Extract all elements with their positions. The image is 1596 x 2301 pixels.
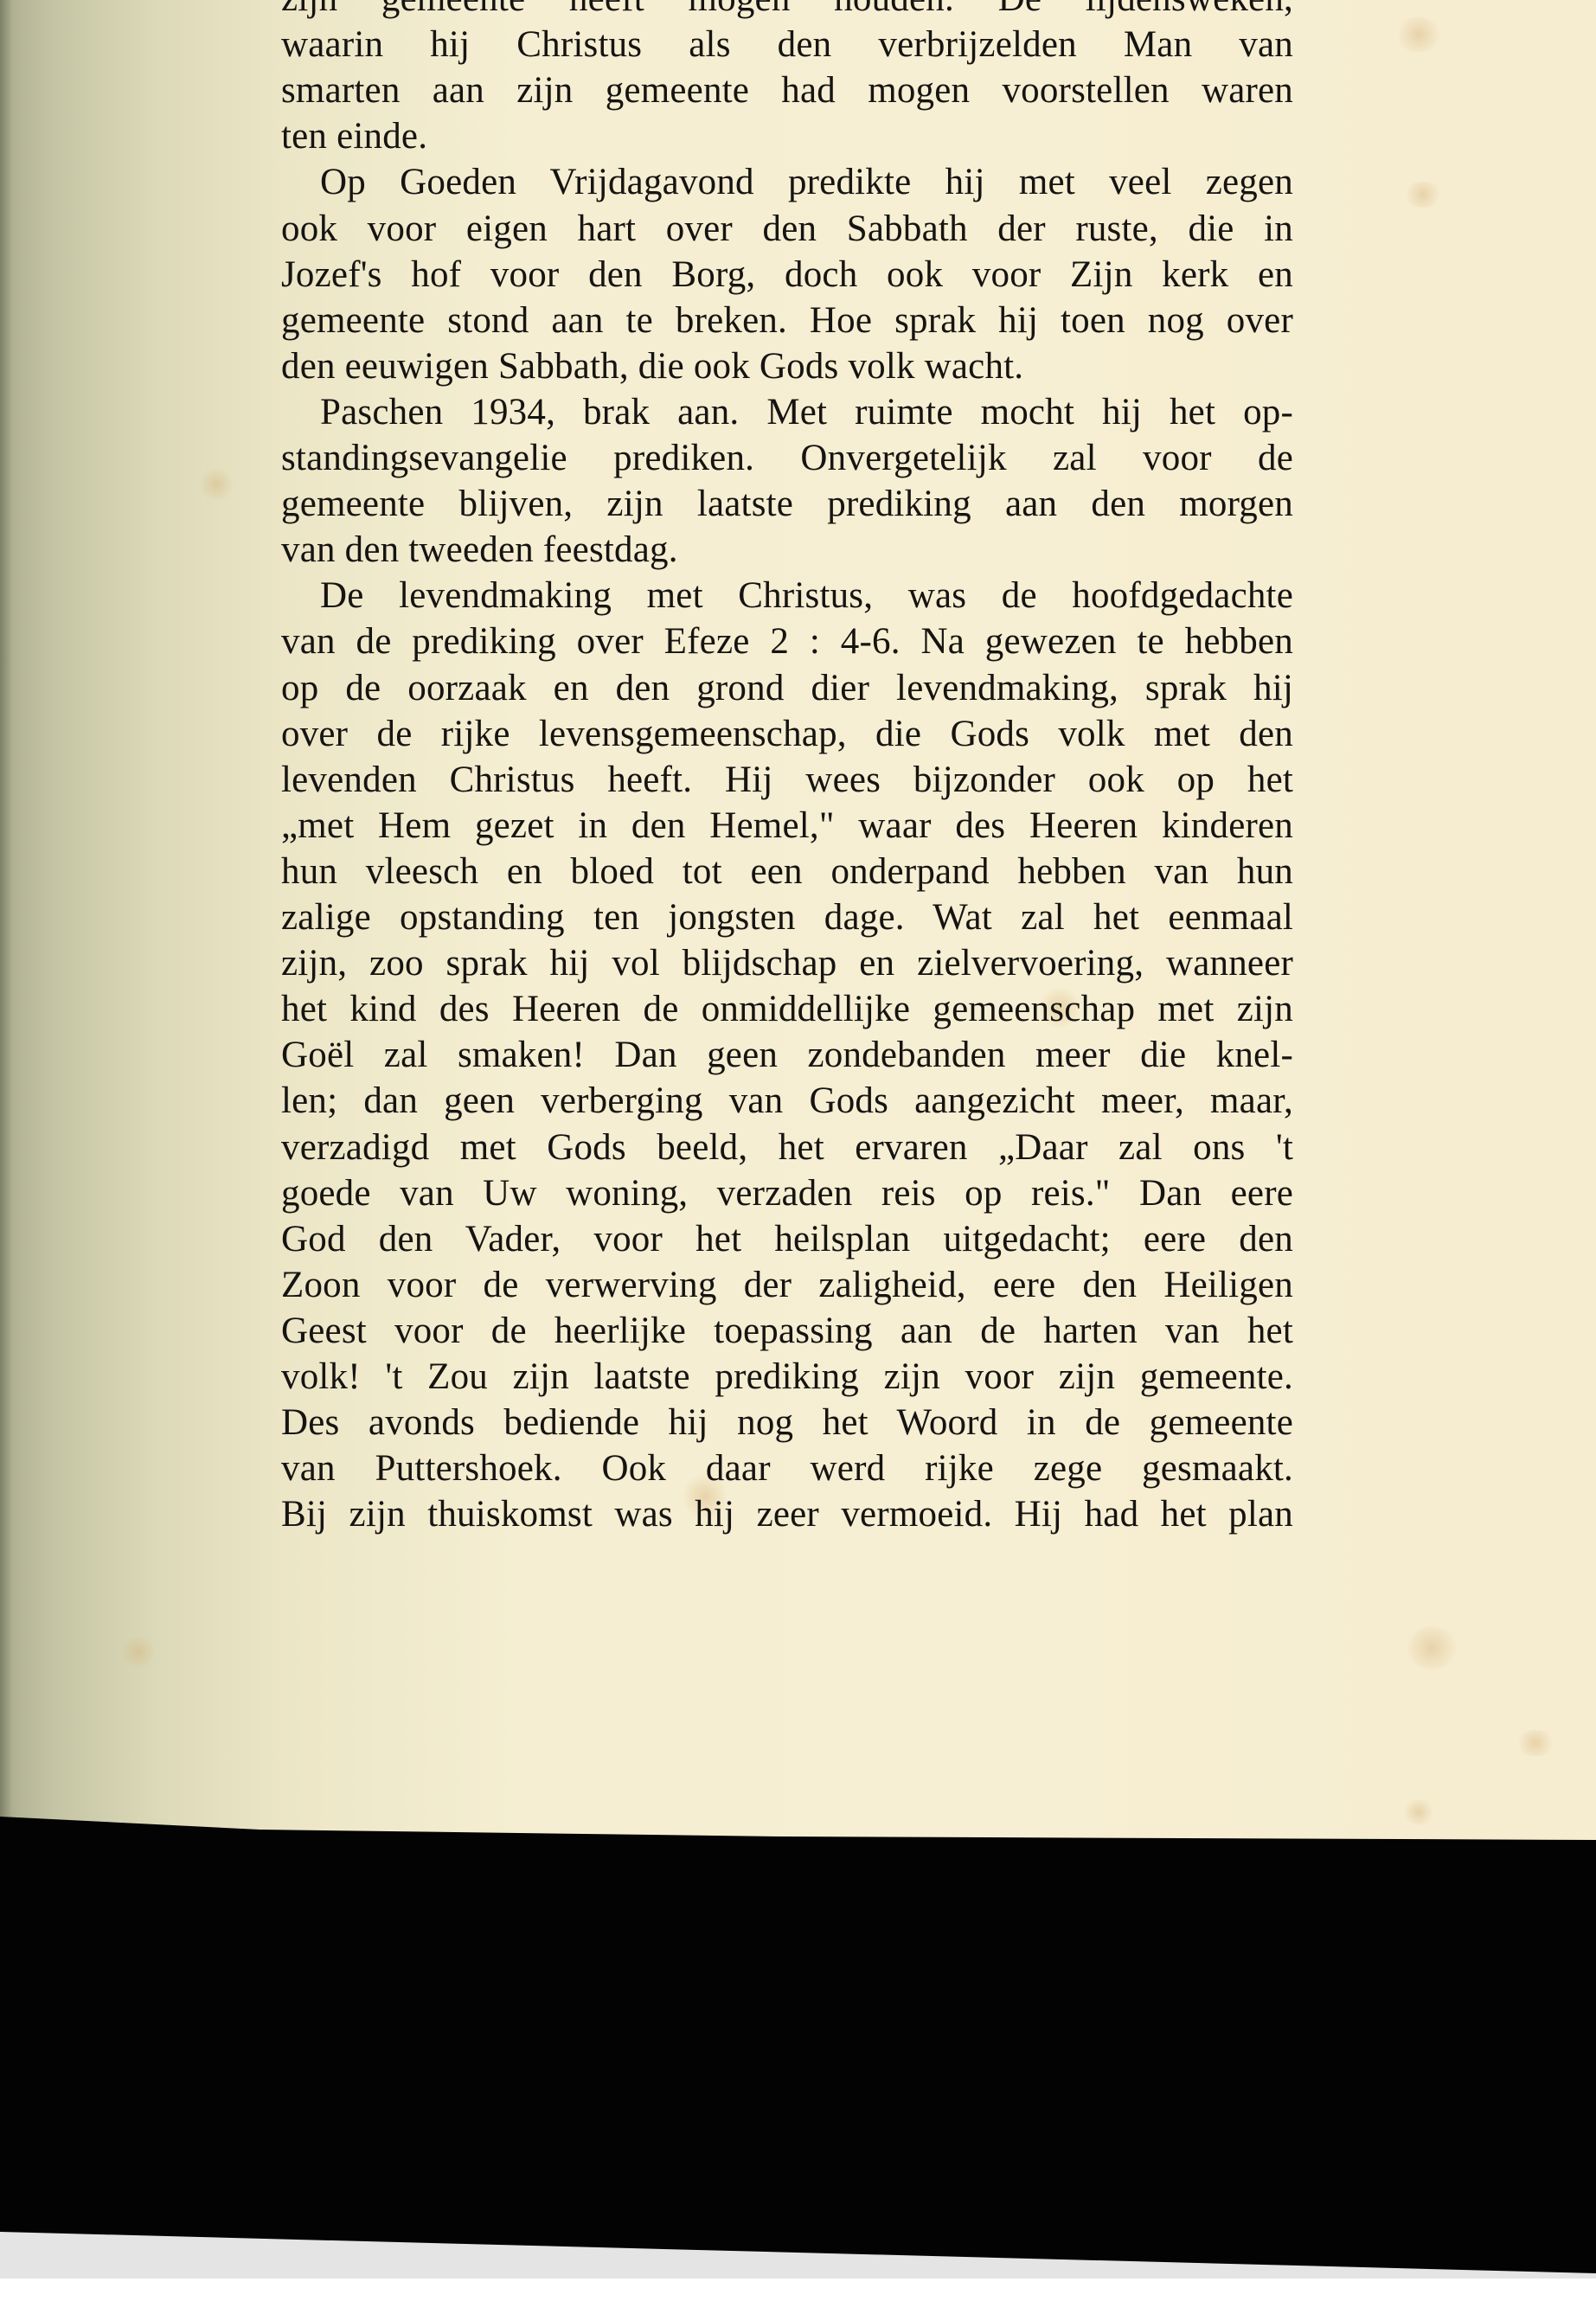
page-left-edge-shadow (0, 0, 12, 1825)
paper-stain (121, 1635, 156, 1670)
text-line: gemeente blijven, zijn laatste prediking… (281, 481, 1293, 527)
text-line: van de prediking over Efeze 2 : 4-6. Na … (281, 619, 1293, 664)
text-line: zijn gemeente heeft mogen houden. De lij… (281, 0, 1293, 22)
text-line: len; dan geen verberging van Gods aangez… (281, 1078, 1293, 1124)
text-line: zijn, zoo sprak hij vol blijdschap en zi… (281, 940, 1293, 986)
book-page: zijn gemeente heeft mogen houden. De lij… (0, 0, 1596, 1843)
text-line: ten einde. (281, 113, 1293, 159)
paper-stain (1401, 1799, 1436, 1825)
paper-stain (1401, 1626, 1462, 1670)
text-line: De levendmaking met Christus, was de hoo… (281, 573, 1293, 619)
text-line: hun vleesch en bloed tot een onderpand h… (281, 849, 1293, 894)
text-line: levenden Christus heeft. Hij wees bijzon… (281, 757, 1293, 803)
text-line: goede van Uw woning, verzaden reis op re… (281, 1170, 1293, 1216)
paper-stain (1393, 17, 1445, 52)
text-line: standingsevangelie prediken. Onvergeteli… (281, 435, 1293, 481)
text-line: „met Hem gezet in den Hemel," waar des H… (281, 803, 1293, 849)
scanner-black-border (0, 1812, 1596, 2297)
text-line: van den tweeden feestdag. (281, 527, 1293, 573)
text-line: Bij zijn thuiskomst was hij zeer vermoei… (281, 1491, 1293, 1537)
paper-stain (1401, 182, 1445, 208)
text-line: waarin hij Christus als den verbrijzelde… (281, 22, 1293, 67)
text-line: van Puttershoek. Ook daar werd rijke zeg… (281, 1445, 1293, 1491)
paper-stain (199, 467, 234, 502)
text-line: God den Vader, voor het heilsplan uitged… (281, 1216, 1293, 1262)
text-line: gemeente stond aan te breken. Hoe sprak … (281, 298, 1293, 343)
text-line: Geest voor de heerlijke toepassing aan d… (281, 1308, 1293, 1354)
text-line: Jozef's hof voor den Borg, doch ook voor… (281, 252, 1293, 298)
text-line: op de oorzaak en den grond dier levendma… (281, 665, 1293, 711)
text-line: Goël zal smaken! Dan geen zondebanden me… (281, 1032, 1293, 1078)
text-line: Op Goeden Vrijdagavond predikte hij met … (281, 159, 1293, 205)
text-line: volk! 't Zou zijn laatste prediking zijn… (281, 1354, 1293, 1400)
text-line: Des avonds bediende hij nog het Woord in… (281, 1400, 1293, 1445)
text-line: Paschen 1934, brak aan. Met ruimte mocht… (281, 389, 1293, 435)
paper-stain (1514, 1730, 1557, 1756)
text-line: over de rijke levensgemeenschap, die God… (281, 711, 1293, 757)
text-line: smarten aan zijn gemeente had mogen voor… (281, 67, 1293, 113)
text-line: zalige opstanding ten jongsten dage. Wat… (281, 894, 1293, 940)
text-line: het kind des Heeren de onmiddellijke gem… (281, 986, 1293, 1032)
text-line: verzadigd met Gods beeld, het ervaren „D… (281, 1125, 1293, 1170)
text-line: den eeuwigen Sabbath, die ook Gods volk … (281, 343, 1293, 389)
text-line: Zoon voor de verwerving der zaligheid, e… (281, 1262, 1293, 1308)
text-line: ook voor eigen hart over den Sabbath der… (281, 206, 1293, 252)
